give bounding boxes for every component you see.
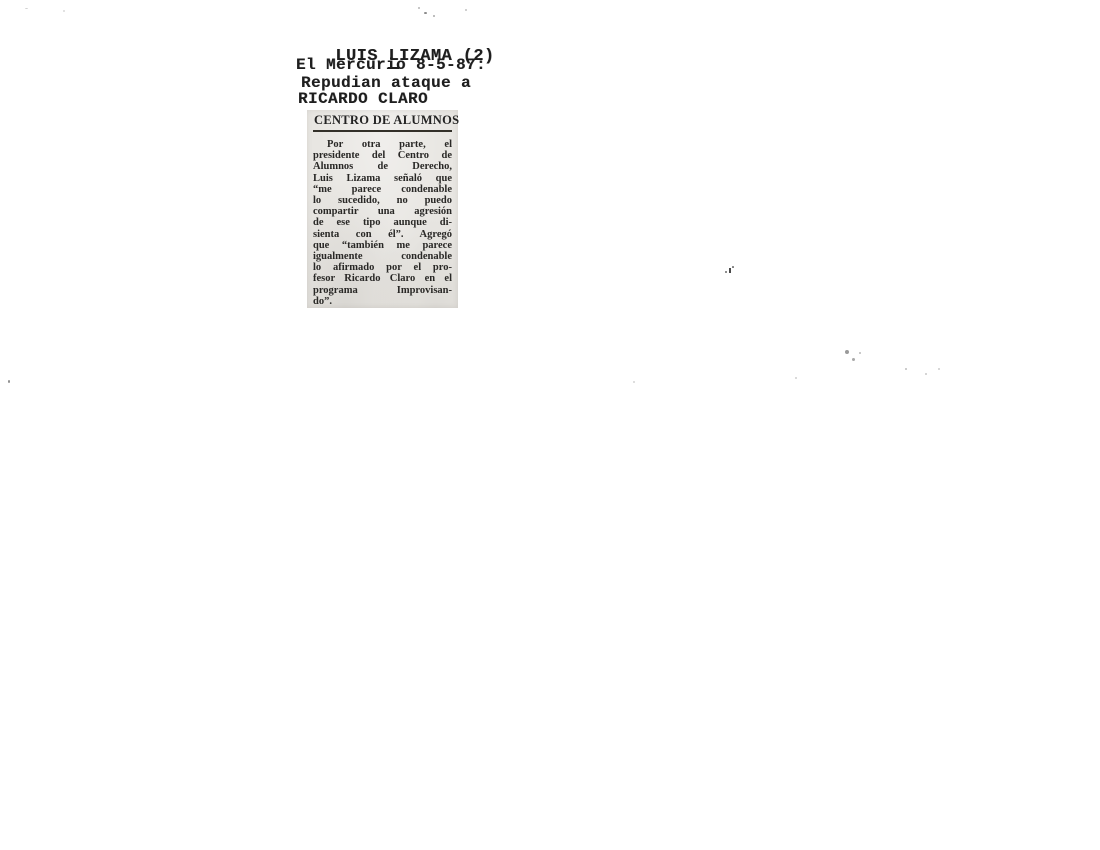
scan-speck — [938, 368, 940, 370]
scan-speck — [433, 15, 435, 17]
clipping-body-line: do”. — [313, 296, 452, 307]
scan-speck — [859, 352, 861, 354]
scan-speck — [633, 381, 635, 383]
newspaper-clipping: CENTRO DE ALUMNOS Por otra parte, el pre… — [307, 110, 458, 308]
clipping-body-line: igualmente condenable — [313, 251, 452, 262]
clipping-body-line: lo sucedido, no puedo — [313, 195, 452, 206]
scan-speck — [63, 10, 65, 12]
typed-source-date: El Mercurio 8-5-87: — [296, 56, 486, 74]
clipping-body-line: “me parece condenable — [313, 184, 452, 195]
clipping-body-line: Luis Lizama señaló que — [313, 173, 452, 184]
scan-speck — [8, 380, 10, 383]
typed-headline-line2: RICARDO CLARO — [298, 90, 428, 108]
clipping-body-line: presidente del Centro de — [313, 150, 452, 161]
scan-speck — [725, 271, 727, 273]
scan-speck — [925, 373, 927, 375]
scan-speck — [905, 368, 907, 370]
clipping-body-line: fesor Ricardo Claro en el — [313, 273, 452, 284]
clipping-body-line: de ese tipo aunque di- — [313, 217, 452, 228]
scan-speck — [795, 377, 797, 379]
scan-speck — [729, 268, 731, 273]
clipping-body-line: Por otra parte, el — [313, 139, 452, 150]
scan-speck — [424, 12, 427, 14]
clipping-body-line: que “también me parece — [313, 240, 452, 251]
clipping-body-line: lo afirmado por el pro- — [313, 262, 452, 273]
scanned-page: LUIS LIZAMA (2) El Mercurio 8-5-87: Repu… — [0, 0, 1100, 850]
scan-speck — [418, 7, 420, 9]
scan-speck — [465, 9, 467, 11]
clipping-body-line: sienta con él”. Agregó — [313, 229, 452, 240]
clipping-body: Por otra parte, el presidente del Centro… — [313, 139, 452, 307]
scan-speck — [852, 358, 855, 361]
clipping-headline: CENTRO DE ALUMNOS — [313, 112, 452, 132]
clipping-body-line: compartir una agresión — [313, 206, 452, 217]
clipping-body-line: Alumnos de Derecho, — [313, 161, 452, 172]
clipping-body-line: programa Improvisan- — [313, 285, 452, 296]
scan-speck — [732, 266, 734, 268]
scan-speck — [25, 8, 28, 9]
scan-speck — [845, 350, 849, 354]
